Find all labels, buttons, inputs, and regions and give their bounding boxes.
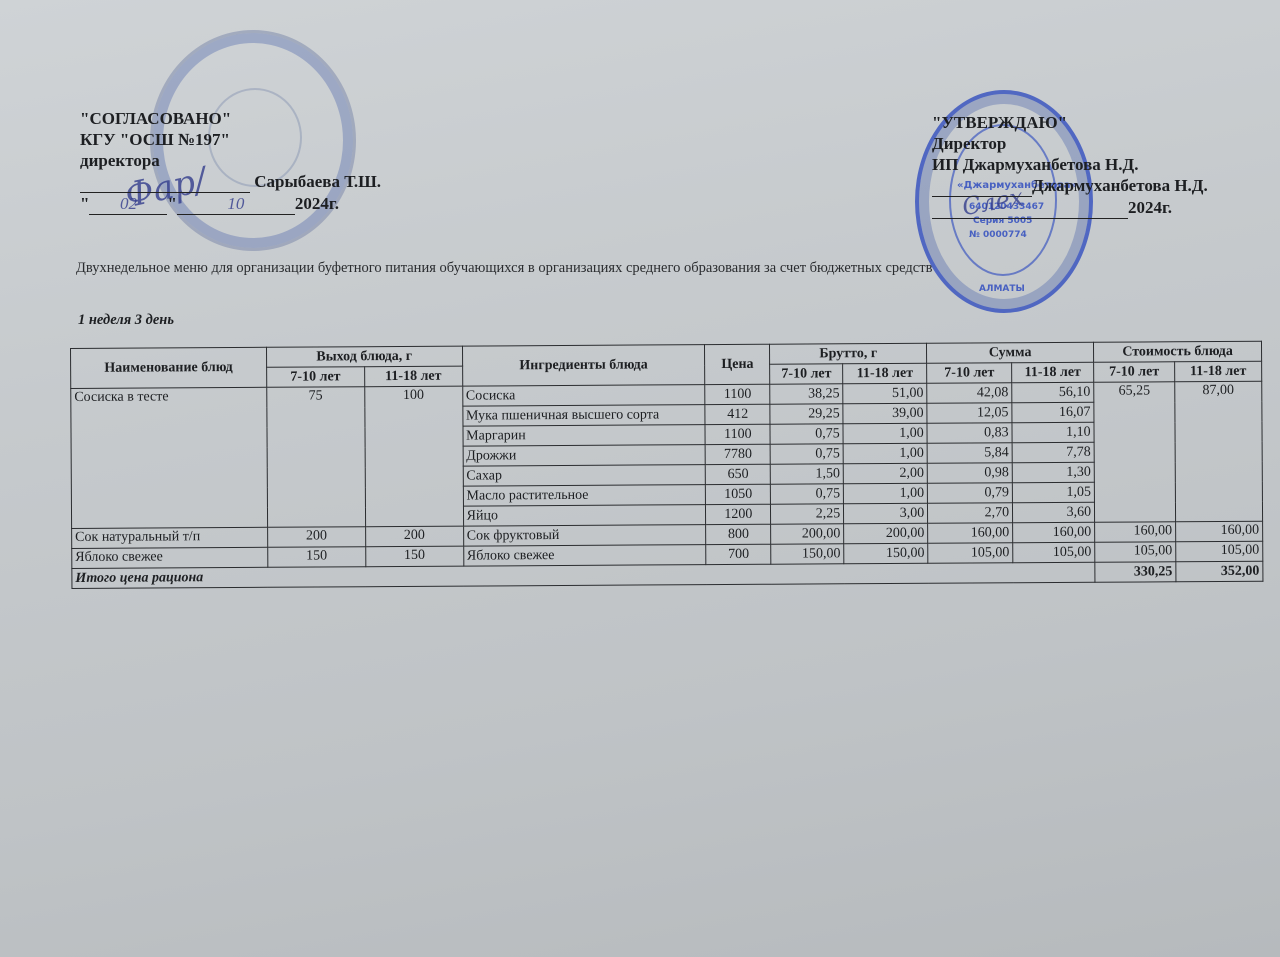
- gross-old: 1,00: [843, 423, 927, 444]
- sum-old: 105,00: [1013, 542, 1095, 563]
- header-ingredients: Ингредиенты блюда: [462, 345, 705, 386]
- dish-cost-old: 105,00: [1176, 541, 1263, 562]
- ingredient-price: 1100: [705, 424, 770, 444]
- ingredient-price: 412: [705, 404, 770, 424]
- header-gross-old: 11-18 лет: [843, 363, 927, 384]
- header-yield-young: 7-10 лет: [266, 367, 364, 388]
- dish-yield-old: 150: [365, 546, 463, 567]
- sum-old: 1,30: [1012, 462, 1094, 483]
- total-old: 352,00: [1176, 561, 1263, 582]
- gross-old: 150,00: [844, 543, 928, 564]
- week-day-label: 1 неделя 3 день: [78, 312, 174, 329]
- sum-young: 0,79: [928, 483, 1013, 504]
- sum-old: 1,05: [1012, 482, 1094, 503]
- gross-old: 51,00: [843, 383, 927, 404]
- gross-old: 3,00: [844, 503, 928, 524]
- header-yield: Выход блюда, г: [266, 346, 462, 367]
- header-sum: Сумма: [927, 342, 1094, 363]
- ingredient-price: 7780: [705, 444, 770, 464]
- gross-young: 38,25: [770, 384, 843, 404]
- header-yield-old: 11-18 лет: [364, 366, 462, 387]
- approval-month: 10: [177, 193, 295, 215]
- total-young: 330,25: [1095, 562, 1176, 582]
- ingredient-name: Яйцо: [463, 505, 706, 526]
- ingredient-name: Масло растительное: [463, 485, 706, 506]
- ingredient-name: Маргарин: [463, 425, 706, 446]
- dish-yield-young: 200: [267, 527, 365, 548]
- gross-old: 2,00: [843, 463, 927, 484]
- gross-young: 29,25: [770, 404, 843, 424]
- document-page: Фар/ «Джармуханбетова» 640120433467 Сери…: [0, 0, 1280, 957]
- approval-block-left: "СОГЛАСОВАНО" КГУ "ОСШ №197" директора С…: [80, 108, 381, 215]
- gross-old: 39,00: [843, 403, 927, 424]
- dish-name: Сосиска в тесте: [71, 387, 268, 528]
- sum-young: 160,00: [928, 523, 1013, 544]
- ingredient-price: 1050: [706, 484, 771, 504]
- dish-cost-young: 160,00: [1095, 522, 1176, 542]
- ingredient-name: Сок фруктовый: [463, 525, 706, 546]
- header-price: Цена: [705, 344, 770, 384]
- sum-old: 1,10: [1012, 422, 1094, 443]
- sum-old: 160,00: [1013, 522, 1095, 543]
- sum-young: 0,98: [927, 463, 1012, 484]
- header-sum-young: 7-10 лет: [927, 363, 1012, 384]
- ingredient-name: Дрожжи: [463, 445, 706, 466]
- approval-org: КГУ "ОСШ №197": [80, 129, 381, 150]
- approval-role: директора: [80, 150, 381, 171]
- approval-day: 02: [89, 193, 167, 215]
- header-cost-young: 7-10 лет: [1094, 362, 1175, 382]
- dish-yield-young: 75: [267, 387, 366, 528]
- ingredient-price: 650: [706, 464, 771, 484]
- dish-cost-young: 65,25: [1094, 382, 1176, 522]
- ingredient-name: Сахар: [463, 465, 706, 486]
- dish-cost-old: 87,00: [1175, 381, 1263, 522]
- header-cost: Стоимость блюда: [1094, 341, 1262, 362]
- approve-name: Джармуханбетова Н.Д.: [1032, 176, 1208, 195]
- approve-title: "УТВЕРЖДАЮ": [932, 112, 1208, 133]
- gross-young: 1,50: [771, 464, 844, 484]
- dish-yield-young: 150: [268, 547, 366, 568]
- ingredient-price: 1100: [705, 384, 770, 404]
- gross-young: 0,75: [771, 484, 844, 504]
- sum-young: 105,00: [928, 543, 1013, 564]
- gross-young: 0,75: [770, 444, 843, 464]
- sum-young: 0,83: [927, 423, 1012, 444]
- sum-old: 3,60: [1013, 502, 1095, 523]
- gross-young: 0,75: [770, 424, 843, 444]
- header-dish: Наименование блюд: [71, 347, 267, 388]
- approval-name: Сарыбаева Т.Ш.: [254, 172, 381, 191]
- header-sum-old: 11-18 лет: [1012, 362, 1094, 383]
- ingredient-name: Сосиска: [462, 385, 705, 406]
- sum-old: 16,07: [1012, 402, 1094, 423]
- dish-yield-old: 100: [364, 386, 463, 527]
- approval-title: "СОГЛАСОВАНО": [80, 108, 381, 129]
- sum-young: 42,08: [927, 383, 1012, 404]
- approve-year: 2024г.: [1128, 198, 1172, 217]
- dish-yield-old: 200: [365, 526, 463, 547]
- sum-old: 56,10: [1012, 382, 1094, 403]
- dish-cost-young: 105,00: [1095, 542, 1176, 562]
- sum-young: 12,05: [927, 403, 1012, 424]
- gross-old: 1,00: [843, 443, 927, 464]
- gross-old: 200,00: [844, 523, 928, 544]
- dish-name: Сок натуральный т/п: [72, 527, 268, 548]
- header-cost-old: 11-18 лет: [1175, 361, 1262, 382]
- approval-year: 2024г.: [295, 194, 339, 213]
- approve-role: Директор: [932, 133, 1208, 154]
- ingredient-price: 1200: [706, 504, 771, 524]
- menu-table: Наименование блюд Выход блюда, г Ингреди…: [70, 341, 1263, 589]
- gross-young: 150,00: [771, 544, 844, 564]
- dish-name: Яблоко свежее: [72, 547, 268, 568]
- sum-old: 7,78: [1012, 442, 1094, 463]
- document-subtitle: Двухнедельное меню для организации буфет…: [76, 260, 932, 277]
- dish-cost-old: 160,00: [1176, 521, 1263, 542]
- menu-table-body: Сосиска в тесте75100Сосиска110038,2551,0…: [71, 381, 1263, 588]
- gross-old: 1,00: [844, 483, 928, 504]
- gross-young: 200,00: [771, 524, 844, 544]
- stamp-city: АЛМАТЫ: [979, 284, 1025, 294]
- sum-young: 2,70: [928, 503, 1013, 524]
- gross-young: 2,25: [771, 504, 844, 524]
- ingredient-price: 700: [706, 544, 771, 564]
- stamp-number: № 0000774: [969, 230, 1027, 240]
- approval-block-right: "УТВЕРЖДАЮ" Директор ИП Джармуханбетова …: [932, 112, 1208, 219]
- header-gross-young: 7-10 лет: [770, 364, 843, 384]
- ingredient-name: Мука пшеничная высшего сорта: [462, 405, 705, 426]
- date-quote: ": [80, 194, 89, 213]
- ingredient-name: Яблоко свежее: [463, 545, 706, 566]
- header-gross: Брутто, г: [770, 343, 927, 364]
- sum-young: 5,84: [927, 443, 1012, 464]
- ingredient-price: 800: [706, 524, 771, 544]
- approve-org: ИП Джармуханбетова Н.Д.: [932, 154, 1208, 175]
